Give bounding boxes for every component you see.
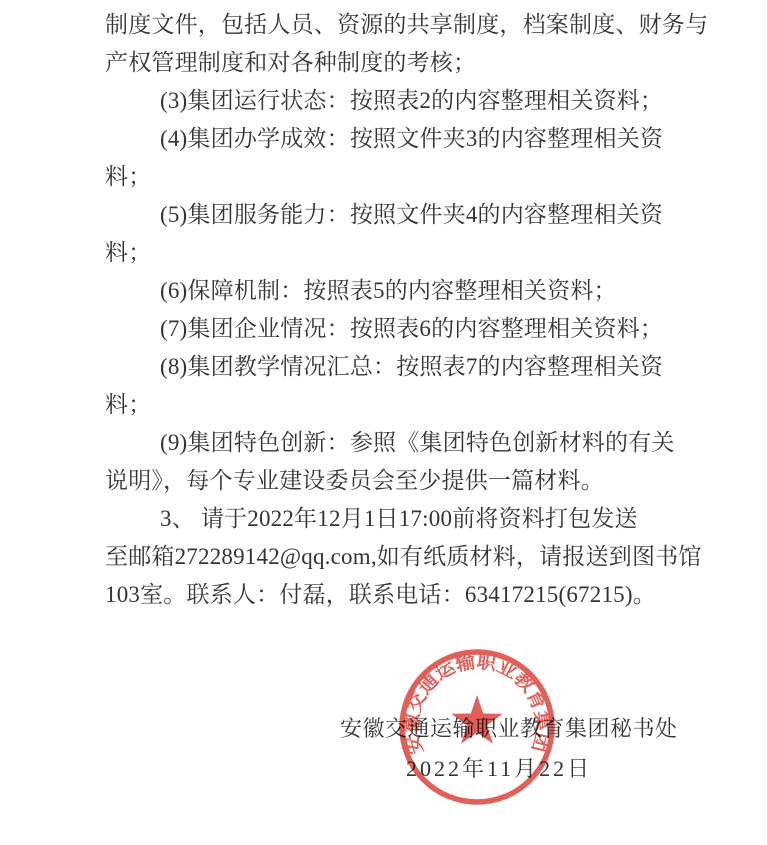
text-line: 3、 请于2022年12月1日17:00前将资料打包发送 bbox=[105, 500, 665, 538]
text-line: 料； bbox=[105, 386, 665, 424]
document-page: 制度文件，包括人员、资源的共享制度，档案制度、财务与 产权管理制度和对各种制度的… bbox=[0, 0, 768, 845]
text-line: (5)集团服务能力：按照文件夹4的内容整理相关资 bbox=[105, 196, 665, 234]
text-line: (7)集团企业情况：按照表6的内容整理相关资料； bbox=[105, 310, 665, 348]
document-body: 制度文件，包括人员、资源的共享制度，档案制度、财务与 产权管理制度和对各种制度的… bbox=[105, 6, 665, 614]
signature-date: 2022年11月22日 bbox=[406, 752, 592, 783]
signature-org: 安徽交通运输职业教育集团秘书处 bbox=[340, 712, 678, 743]
text-line: (6)保障机制：按照表5的内容整理相关资料； bbox=[105, 272, 665, 310]
text-line: (9)集团特色创新：参照《集团特色创新材料的有关 bbox=[105, 424, 665, 462]
text-line: (8)集团教学情况汇总：按照表7的内容整理相关资 bbox=[105, 348, 665, 386]
text-line: 制度文件，包括人员、资源的共享制度，档案制度、财务与 bbox=[105, 6, 665, 44]
text-line: 料； bbox=[105, 234, 665, 272]
text-line: (4)集团办学成效：按照文件夹3的内容整理相关资 bbox=[105, 120, 665, 158]
text-line: (3)集团运行状态：按照表2的内容整理相关资料； bbox=[105, 82, 665, 120]
text-line: 产权管理制度和对各种制度的考核； bbox=[105, 44, 665, 82]
text-line: 103室。联系人：付磊，联系电话：63417215(67215)。 bbox=[105, 576, 665, 614]
text-line: 料； bbox=[105, 158, 665, 196]
text-line: 至邮箱272289142@qq.com,如有纸质材料，请报送到图书馆 bbox=[105, 538, 665, 576]
text-line: 说明》，每个专业建设委员会至少提供一篇材料。 bbox=[105, 462, 665, 500]
